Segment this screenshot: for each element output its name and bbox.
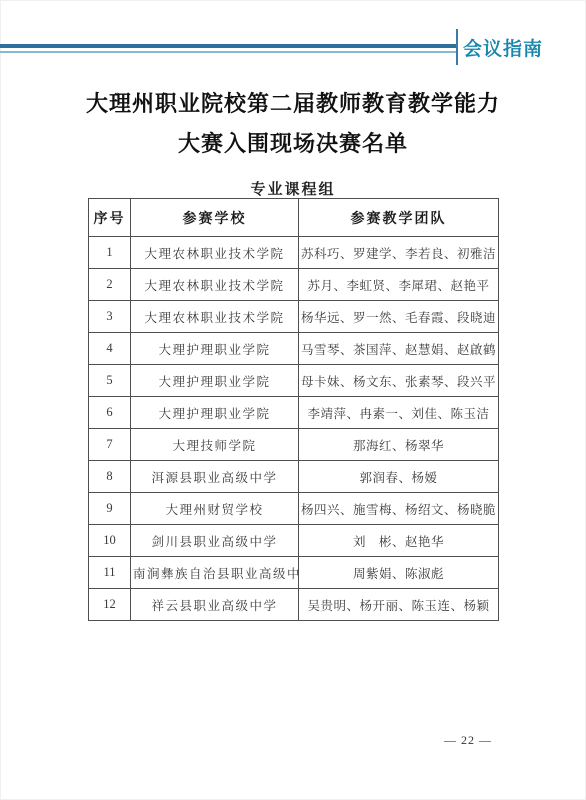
cell-school: 大理农林职业技术学院 — [131, 301, 299, 333]
cell-school: 大理护理职业学院 — [131, 333, 299, 365]
cell-school: 大理州财贸学校 — [131, 493, 299, 525]
header-rule-thick — [0, 44, 457, 48]
col-header-no: 序号 — [89, 199, 131, 237]
table-row: 6大理护理职业学院李靖萍、冉素一、刘佳、陈玉洁 — [89, 397, 499, 429]
cell-school: 剑川县职业高级中学 — [131, 525, 299, 557]
cell-team: 苏科巧、罗建学、李若良、初雅洁 — [299, 237, 499, 269]
cell-no: 5 — [89, 365, 131, 397]
page-title-line1: 大理州职业院校第二届教师教育教学能力 — [0, 84, 586, 124]
header-rule-thin — [0, 51, 457, 53]
section-badge: 会议指南 — [463, 34, 543, 61]
cell-team: 郭润春、杨嫒 — [299, 461, 499, 493]
page-title-line2: 大赛入围现场决赛名单 — [0, 124, 586, 164]
cell-team: 吴贵明、杨开丽、陈玉连、杨颖 — [299, 589, 499, 621]
page-number: — 22 — — [444, 733, 492, 748]
cell-no: 12 — [89, 589, 131, 621]
cell-team: 那海红、杨翠华 — [299, 429, 499, 461]
cell-school: 大理护理职业学院 — [131, 365, 299, 397]
cell-no: 11 — [89, 557, 131, 589]
cell-school: 大理农林职业技术学院 — [131, 269, 299, 301]
cell-no: 3 — [89, 301, 131, 333]
table-body: 1大理农林职业技术学院苏科巧、罗建学、李若良、初雅洁2大理农林职业技术学院苏月、… — [89, 237, 499, 621]
cell-team: 母卡妹、杨文东、张素琴、段兴平 — [299, 365, 499, 397]
table-row: 11南涧彝族自治县职业高级中学周紫娟、陈淑彪 — [89, 557, 499, 589]
cell-school: 南涧彝族自治县职业高级中学 — [131, 557, 299, 589]
document-page: 会议指南 大理州职业院校第二届教师教育教学能力 大赛入围现场决赛名单 专业课程组… — [0, 0, 586, 800]
cell-no: 7 — [89, 429, 131, 461]
col-header-team: 参赛教学团队 — [299, 199, 499, 237]
cell-no: 8 — [89, 461, 131, 493]
cell-school: 洱源县职业高级中学 — [131, 461, 299, 493]
table-row: 12祥云县职业高级中学吴贵明、杨开丽、陈玉连、杨颖 — [89, 589, 499, 621]
cell-no: 4 — [89, 333, 131, 365]
cell-no: 2 — [89, 269, 131, 301]
table-row: 3大理农林职业技术学院杨华远、罗一然、毛春霞、段晓迪 — [89, 301, 499, 333]
cell-team: 李靖萍、冉素一、刘佳、陈玉洁 — [299, 397, 499, 429]
finalists-table: 序号参赛学校参赛教学团队 1大理农林职业技术学院苏科巧、罗建学、李若良、初雅洁2… — [88, 198, 499, 621]
table-row: 5大理护理职业学院母卡妹、杨文东、张素琴、段兴平 — [89, 365, 499, 397]
cell-school: 大理护理职业学院 — [131, 397, 299, 429]
col-header-school: 参赛学校 — [131, 199, 299, 237]
cell-team: 苏月、李虹贤、李犀珺、赵艳平 — [299, 269, 499, 301]
cell-school: 大理技师学院 — [131, 429, 299, 461]
cell-team: 杨华远、罗一然、毛春霞、段晓迪 — [299, 301, 499, 333]
cell-no: 1 — [89, 237, 131, 269]
table-row: 7大理技师学院那海红、杨翠华 — [89, 429, 499, 461]
table-row: 2大理农林职业技术学院苏月、李虹贤、李犀珺、赵艳平 — [89, 269, 499, 301]
cell-no: 10 — [89, 525, 131, 557]
title-block: 大理州职业院校第二届教师教育教学能力 大赛入围现场决赛名单 专业课程组 — [0, 84, 586, 199]
finalists-table-wrap: 序号参赛学校参赛教学团队 1大理农林职业技术学院苏科巧、罗建学、李若良、初雅洁2… — [88, 198, 498, 621]
cell-school: 祥云县职业高级中学 — [131, 589, 299, 621]
table-row: 4大理护理职业学院马雪琴、茶国萍、赵慧娟、赵啟鹤 — [89, 333, 499, 365]
table-row: 10剑川县职业高级中学刘 彬、赵艳华 — [89, 525, 499, 557]
cell-team: 马雪琴、茶国萍、赵慧娟、赵啟鹤 — [299, 333, 499, 365]
table-row: 9大理州财贸学校杨四兴、施雪梅、杨绍文、杨晓脆 — [89, 493, 499, 525]
table-header-row: 序号参赛学校参赛教学团队 — [89, 199, 499, 237]
cell-team: 刘 彬、赵艳华 — [299, 525, 499, 557]
table-row: 1大理农林职业技术学院苏科巧、罗建学、李若良、初雅洁 — [89, 237, 499, 269]
cell-no: 6 — [89, 397, 131, 429]
cell-team: 周紫娟、陈淑彪 — [299, 557, 499, 589]
cell-team: 杨四兴、施雪梅、杨绍文、杨晓脆 — [299, 493, 499, 525]
table-row: 8洱源县职业高级中学郭润春、杨嫒 — [89, 461, 499, 493]
cell-no: 9 — [89, 493, 131, 525]
header-rule-vertical — [456, 29, 458, 65]
cell-school: 大理农林职业技术学院 — [131, 237, 299, 269]
group-subtitle: 专业课程组 — [0, 178, 586, 199]
